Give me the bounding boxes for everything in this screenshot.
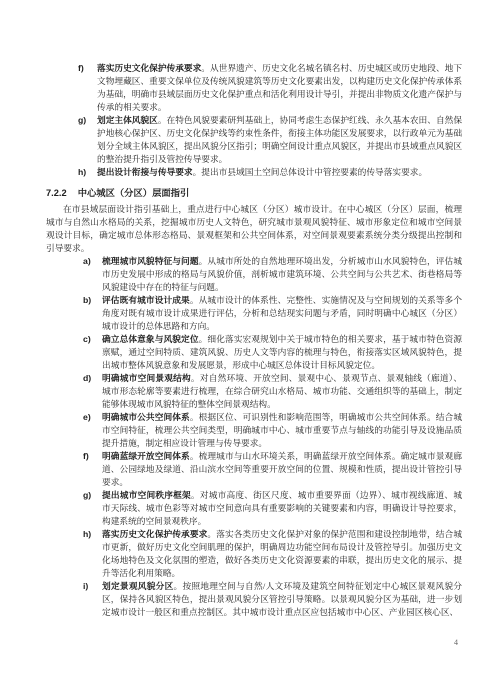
item-letter: d) <box>83 372 102 411</box>
top-item-list: f) 落实历史文化保护传承要求。从世界遗产、历史文化名城名镇名村、历史城区或历史… <box>46 62 462 179</box>
item-letter: g) <box>78 114 97 166</box>
item-letter: b) <box>83 294 102 333</box>
page-number: 4 <box>454 636 458 649</box>
section-title: 中心城区（分区）层面指引 <box>78 187 190 200</box>
item-title: 划定主体风貌区 <box>97 115 158 125</box>
list-item: d) 明确城市空间景观结构。对自然环境、开放空间、景观中心、景观节点、景观轴线（… <box>46 372 462 411</box>
item-title: 落实历史文化保护传承要求 <box>102 529 207 539</box>
list-item: f) 落实历史文化保护传承要求。从世界遗产、历史文化名城名镇名村、历史城区或历史… <box>46 62 462 114</box>
item-text: 提出城市空间秩序框架。对城市高度、街区尺度、城市重要界面（边界）、城市视线廊道、… <box>102 489 462 528</box>
list-item: g) 提出城市空间秩序框架。对城市高度、街区尺度、城市重要界面（边界）、城市视线… <box>46 489 462 528</box>
item-letter: h) <box>78 166 97 179</box>
item-letter: g) <box>83 489 102 528</box>
list-item: f) 明确蓝绿开放空间体系。梳理城市与山水环境关系，明确蓝绿开放空间体系。确定城… <box>46 450 462 489</box>
item-title: 明确城市公共空间体系 <box>102 412 190 422</box>
sub-item-list: a) 梳理城市风貌特征与问题。从城市所处的自然地理环境出发，分析城市山水风貌特色… <box>46 255 462 619</box>
item-text: 确立总体意象与风貌定位。细化落实宏观规划中关于城市特色的相关要求，基于城市特色资… <box>102 333 462 372</box>
section-number: 7.2.2 <box>46 187 67 200</box>
item-title: 评估既有城市设计成果 <box>102 295 190 305</box>
item-title: 明确蓝绿开放空间体系 <box>102 451 190 461</box>
item-text: 梳理城市风貌特征与问题。从城市所处的自然地理环境出发，分析城市山水风貌特色，评估… <box>102 255 462 294</box>
item-text: 落实历史文化保护传承要求。从世界遗产、历史文化名城名镇名村、历史城区或历史地段、… <box>97 62 462 114</box>
item-text: 评估既有城市设计成果。从城市设计的体系性、完整性、实施情况及与空间规划的关系等多… <box>102 294 462 333</box>
item-text: 明确城市空间景观结构。对自然环境、开放空间、景观中心、景观节点、景观轴线（廊道）… <box>102 372 462 411</box>
item-letter: h) <box>83 528 102 580</box>
list-item: a) 梳理城市风貌特征与问题。从城市所处的自然地理环境出发，分析城市山水风貌特色… <box>46 255 462 294</box>
item-text: 落实历史文化保护传承要求。落实各类历史文化保护对象的保护范围和建设控制地带，结合… <box>102 528 462 580</box>
item-text: 划定景观风貌分区。按照地理空间与自然/人文环境及建筑空间特征划定中心城区景观风貌… <box>102 580 462 619</box>
item-text: 提出设计衔接与传导要求。提出市县域国土空间总体设计中管控要素的传导落实要求。 <box>97 166 462 179</box>
item-letter: f) <box>78 62 97 114</box>
item-title: 落实历史文化保护传承要求 <box>97 63 201 73</box>
list-item: b) 评估既有城市设计成果。从城市设计的体系性、完整性、实施情况及与空间规划的关… <box>46 294 462 333</box>
item-body: 。提出市县域国土空间总体设计中管控要素的传导落实要求。 <box>193 167 428 177</box>
item-letter: i) <box>83 580 102 619</box>
list-item: g) 划定主体风貌区。在特色风貌要素研判基础上，协同考虑生态保护红线、永久基本农… <box>46 114 462 166</box>
list-item: h) 落实历史文化保护传承要求。落实各类历史文化保护对象的保护范围和建设控制地带… <box>46 528 462 580</box>
list-item: h) 提出设计衔接与传导要求。提出市县域国土空间总体设计中管控要素的传导落实要求… <box>46 166 462 179</box>
item-title: 梳理城市风貌特征与问题 <box>102 256 199 266</box>
item-title: 确立总体意象与风貌定位 <box>102 334 199 344</box>
list-item: i) 划定景观风貌分区。按照地理空间与自然/人文环境及建筑空间特征划定中心城区景… <box>46 580 462 619</box>
page-content: f) 落实历史文化保护传承要求。从世界遗产、历史文化名城名镇名村、历史城区或历史… <box>46 62 462 619</box>
item-letter: f) <box>83 450 102 489</box>
intro-paragraph: 在市县域层面设计指引基础上，重点进行中心城区（分区）城市设计。在中心城区（分区）… <box>46 203 462 255</box>
item-text: 明确蓝绿开放空间体系。梳理城市与山水环境关系，明确蓝绿开放空间体系。确定城市景观… <box>102 450 462 489</box>
document-page: f) 落实历史文化保护传承要求。从世界遗产、历史文化名城名镇名村、历史城区或历史… <box>0 0 495 700</box>
item-title: 明确城市空间景观结构 <box>102 373 191 383</box>
item-title: 提出城市空间秩序框架 <box>102 490 191 500</box>
list-item: c) 确立总体意象与风貌定位。细化落实宏观规划中关于城市特色的相关要求，基于城市… <box>46 333 462 372</box>
item-text: 明确城市公共空间体系。根据区位、可识别性和影响范围等，明确城市公共空间体系。结合… <box>102 411 462 450</box>
item-title: 提出设计衔接与传导要求 <box>97 167 193 177</box>
item-title: 划定景观风貌分区 <box>102 581 174 591</box>
item-letter: c) <box>83 333 102 372</box>
list-item: e) 明确城市公共空间体系。根据区位、可识别性和影响范围等，明确城市公共空间体系… <box>46 411 462 450</box>
section-heading: 7.2.2 中心城区（分区）层面指引 <box>46 187 462 200</box>
item-letter: a) <box>83 255 102 294</box>
item-letter: e) <box>83 411 102 450</box>
item-text: 划定主体风貌区。在特色风貌要素研判基础上，协同考虑生态保护红线、永久基本农田、自… <box>97 114 462 166</box>
